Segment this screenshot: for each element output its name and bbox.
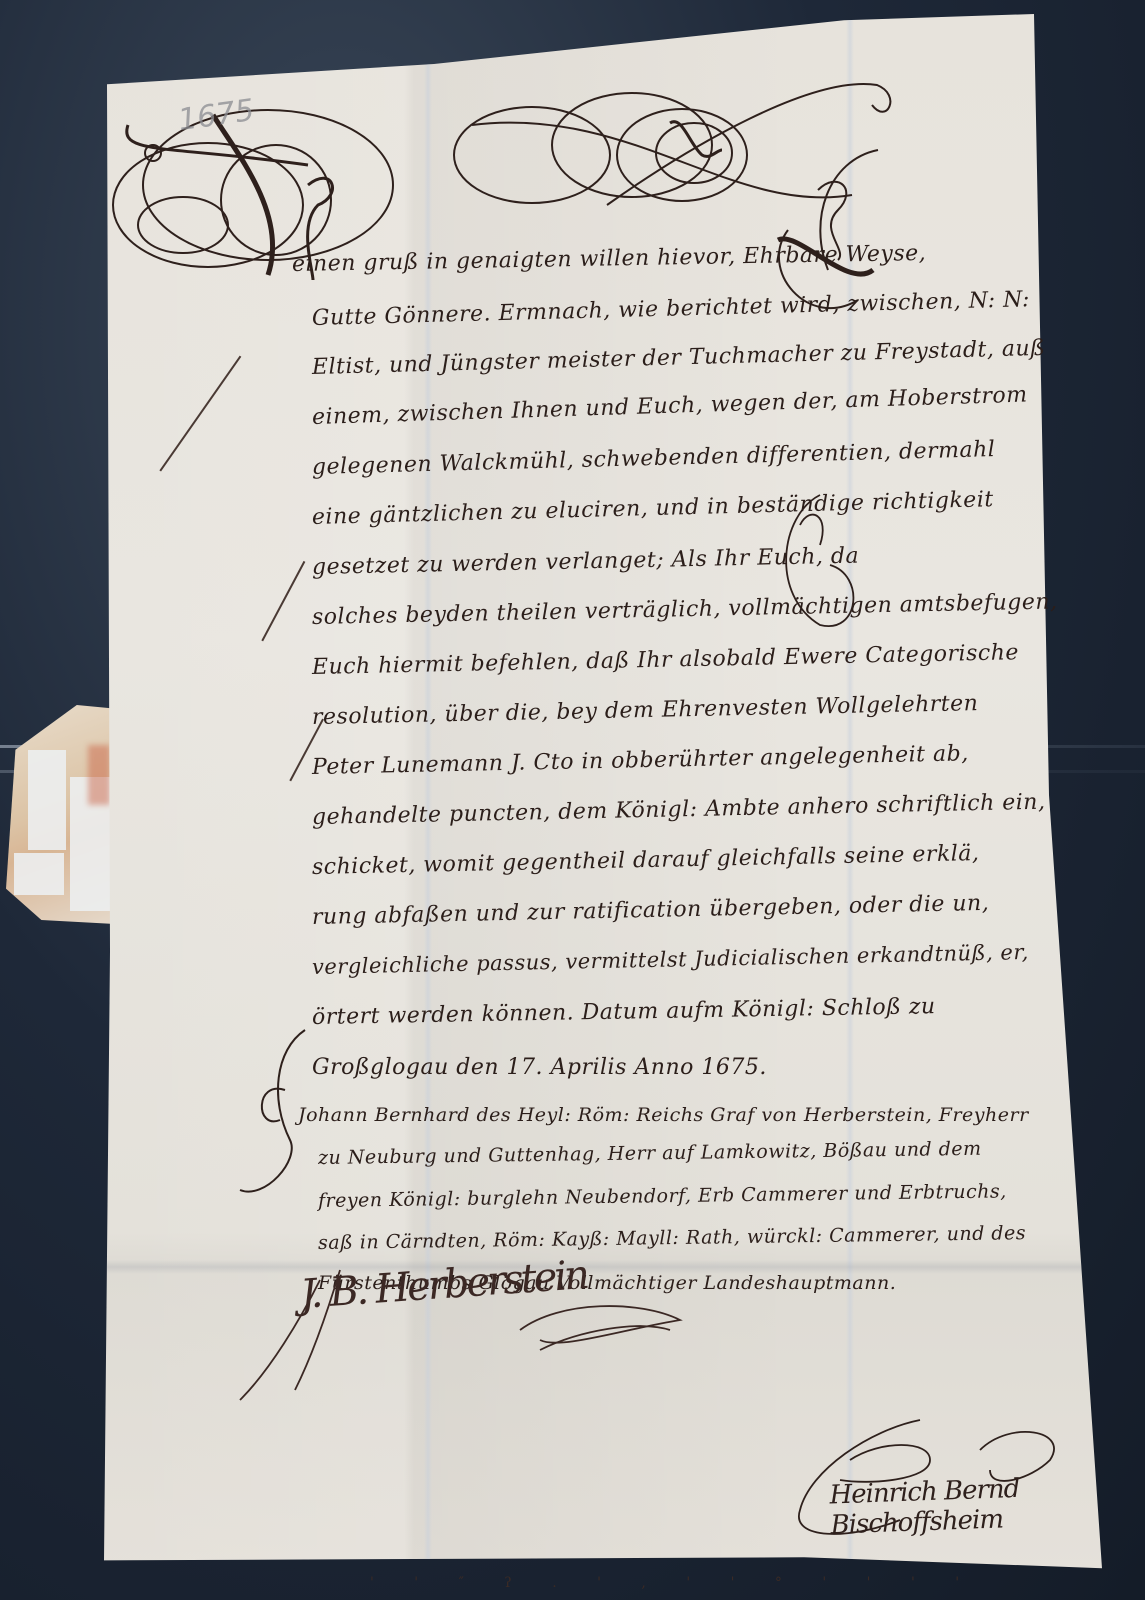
- seal-paper-strip: [14, 853, 64, 895]
- title-line: Johann Bernhard des Heyl: Röm: Reichs Gr…: [298, 1104, 1029, 1126]
- cut-off-text-remnants: ' ' ″ ʔ . ' , ' ' ° ' ' ' ': [370, 1575, 977, 1591]
- seal-paper-strip: [28, 750, 66, 850]
- seal-wax-residue: [88, 745, 110, 805]
- signature-secondary: Heinrich Bernd Bischoffsheim: [829, 1470, 1145, 1541]
- date-line: Großglogau den 17. Aprilis Anno 1675.: [312, 1055, 767, 1080]
- seal-tab: [6, 705, 124, 929]
